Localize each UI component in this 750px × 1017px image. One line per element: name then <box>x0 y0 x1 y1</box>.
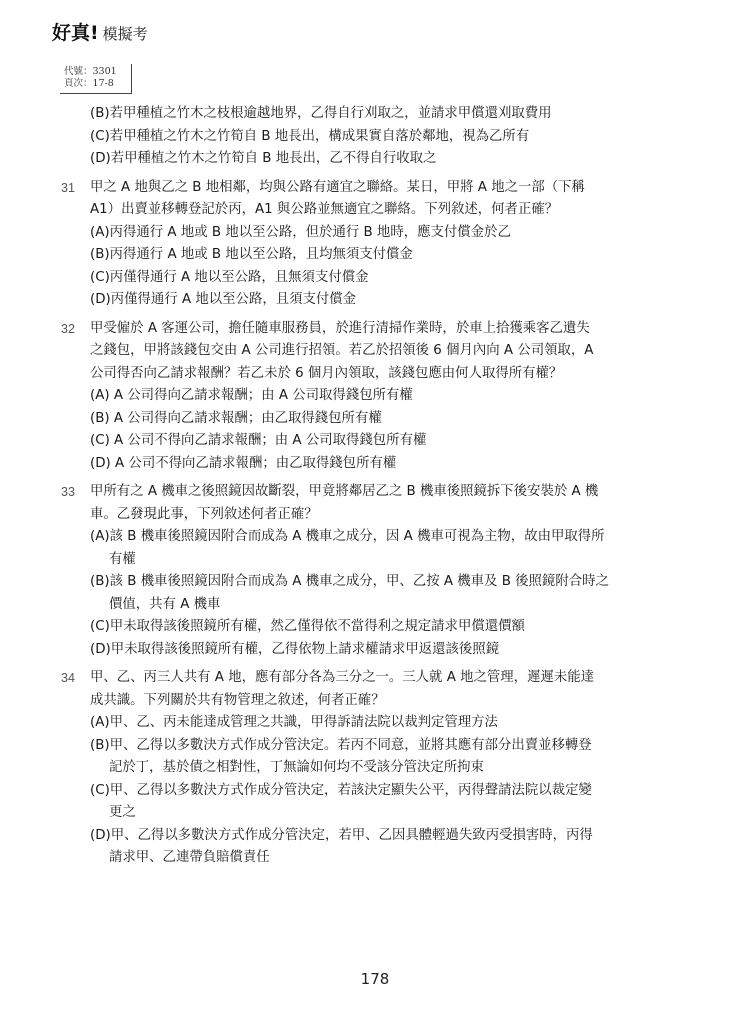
option-c-continuation: 更之 <box>62 802 682 825</box>
option-b: (B)甲、乙得以多數決方式作成分管決定。若丙不同意，並將其應有部分出賣並移轉登 <box>62 735 682 758</box>
question-stem-line: 32 甲受僱於 A 客運公司，擔任隨車服務員，於進行清掃作業時，於車上拾獲乘客乙… <box>62 318 682 341</box>
page-number: 178 <box>0 970 750 988</box>
option-c: (C) A 公司不得向乙請求報酬；由 A 公司取得錢包所有權 <box>62 430 682 453</box>
question-stem-line: 之錢包，甲將該錢包交由 A 公司進行招領。若乙於招領後 6 個月內向 A 公司領… <box>62 340 682 363</box>
exam-code-box: 代號：3301 頁次：17-8 <box>60 64 132 94</box>
question-31: 31 甲之 A 地與乙之 B 地相鄰，均與公路有適宜之聯絡。某日，甲將 A 地之… <box>62 177 682 312</box>
question-33: 33 甲所有之 A 機車之後照鏡因故斷裂，甲竟將鄰居乙之 B 機車後照鏡拆下後安… <box>62 481 682 661</box>
question-stem-line: 成共識。下列關於共有物管理之敘述，何者正確？ <box>62 690 682 713</box>
publisher-brand: 好真! 模擬考 <box>52 18 148 45</box>
question-32: 32 甲受僱於 A 客運公司，擔任隨車服務員，於進行清掃作業時，於車上拾獲乘客乙… <box>62 318 682 476</box>
option-a-continuation: 有權 <box>62 549 682 572</box>
option-b: (B)該 B 機車後照鏡因附合而成為 A 機車之成分，甲、乙按 A 機車及 B … <box>62 571 682 594</box>
brand-subtitle: 模擬考 <box>103 23 148 44</box>
option-line: (C)若甲種植之竹木之竹筍自 B 地長出，構成果實自落於鄰地，視為乙所有 <box>62 126 682 149</box>
question-number: 33 <box>61 481 75 504</box>
option-d-continuation: 請求甲、乙連帶負賠償責任 <box>62 847 682 870</box>
question-34: 34 甲、乙、丙三人共有 A 地，應有部分各為三分之一。三人就 A 地之管理，遲… <box>62 667 682 870</box>
option-a: (A)甲、乙、丙未能達成管理之共識，甲得訴請法院以裁判定管理方法 <box>62 712 682 735</box>
option-d: (D)甲未取得該後照鏡所有權，乙得依物上請求權請求甲返還該後照鏡 <box>62 639 682 662</box>
option-b-continuation: 記於丁，基於債之相對性，丁無論如何均不受該分管決定所拘束 <box>62 757 682 780</box>
option-d: (D)甲、乙得以多數決方式作成分管決定，若甲、乙因具體輕過失致丙受損害時，丙得 <box>62 825 682 848</box>
question-stem-line: 車。乙發現此事，下列敘述何者正確？ <box>62 504 682 527</box>
question-stem-line: 33 甲所有之 A 機車之後照鏡因故斷裂，甲竟將鄰居乙之 B 機車後照鏡拆下後安… <box>62 481 682 504</box>
question-number: 32 <box>61 318 75 341</box>
option-line: (B)若甲種植之竹木之枝根逾越地界，乙得自行刈取之，並請求甲償還刈取費用 <box>62 103 682 126</box>
exam-content: (B)若甲種植之竹木之枝根逾越地界，乙得自行刈取之，並請求甲償還刈取費用 (C)… <box>62 103 682 870</box>
question-stem-line: A1）出賣並移轉登記於丙，A1 與公路並無適宜之聯絡。下列敘述，何者正確？ <box>62 199 682 222</box>
question-stem-line: 公司得否向乙請求報酬？若乙未於 6 個月內領取，該錢包應由何人取得所有權？ <box>62 363 682 386</box>
option-b: (B)丙得通行 A 地或 B 地以至公路，且均無須支付償金 <box>62 244 682 267</box>
option-c: (C)甲未取得該後照鏡所有權，然乙僅得依不當得利之規定請求甲償還價額 <box>62 616 682 639</box>
option-a: (A)丙得通行 A 地或 B 地以至公路，但於通行 B 地時，應支付償金於乙 <box>62 222 682 245</box>
option-line: (D)若甲種植之竹木之竹筍自 B 地長出，乙不得自行收取之 <box>62 148 682 171</box>
question-stem-line: 31 甲之 A 地與乙之 B 地相鄰，均與公路有適宜之聯絡。某日，甲將 A 地之… <box>62 177 682 200</box>
option-d: (D)丙僅得通行 A 地以至公路，且須支付償金 <box>62 289 682 312</box>
option-c: (C)丙僅得通行 A 地以至公路，且無須支付償金 <box>62 267 682 290</box>
previous-question-options: (B)若甲種植之竹木之枝根逾越地界，乙得自行刈取之，並請求甲償還刈取費用 (C)… <box>62 103 682 171</box>
option-b: (B) A 公司得向乙請求報酬；由乙取得錢包所有權 <box>62 408 682 431</box>
exam-page-ref: 頁次：17-8 <box>64 78 131 90</box>
brand-title: 好真! <box>52 18 99 45</box>
option-d: (D) A 公司不得向乙請求報酬；由乙取得錢包所有權 <box>62 453 682 476</box>
exam-code: 代號：3301 <box>64 66 131 78</box>
option-a: (A) A 公司得向乙請求報酬；由 A 公司取得錢包所有權 <box>62 385 682 408</box>
question-stem-line: 34 甲、乙、丙三人共有 A 地，應有部分各為三分之一。三人就 A 地之管理，遲… <box>62 667 682 690</box>
option-c: (C)甲、乙得以多數決方式作成分管決定，若該決定顯失公平，丙得聲請法院以裁定變 <box>62 780 682 803</box>
option-b-continuation: 價值，共有 A 機車 <box>62 594 682 617</box>
option-a: (A)該 B 機車後照鏡因附合而成為 A 機車之成分，因 A 機車可視為主物，故… <box>62 526 682 549</box>
question-number: 34 <box>61 667 75 690</box>
question-number: 31 <box>61 177 75 200</box>
